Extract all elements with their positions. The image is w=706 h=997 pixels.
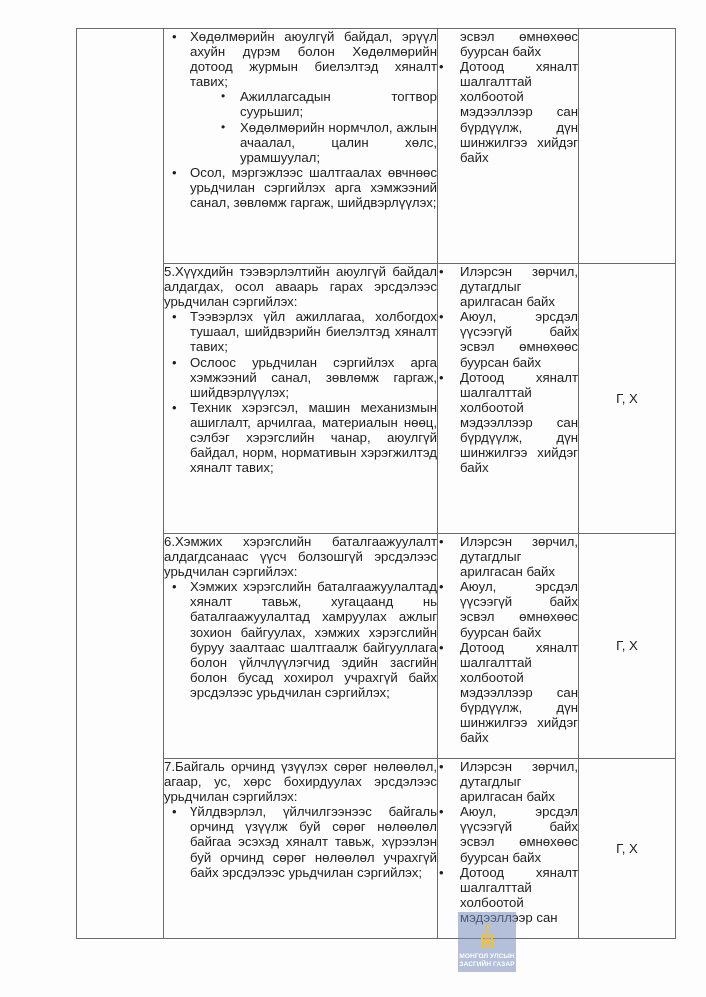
list-item: эсвэл өмнөхөөс буурсан байх	[438, 29, 578, 59]
code-text: Г, Х	[616, 391, 638, 406]
outcome-cell: Илэрсэн зөрчил, дутагдлыг арилгасан байх…	[438, 264, 579, 534]
measures-cell: Хөдөлмөрийн аюулгүй байдал, эрүүл ахуйн …	[164, 29, 438, 264]
table-row: Хөдөлмөрийн аюулгүй байдал, эрүүл ахуйн …	[77, 29, 676, 264]
table-row: 6.Хэмжих хэрэгслийн баталгаажуулалт алда…	[77, 534, 676, 759]
list-item: Техник хэрэгсэл, машин механизмын ашигла…	[164, 400, 437, 475]
risk-table: Хөдөлмөрийн аюулгүй байдал, эрүүл ахуйн …	[76, 28, 676, 939]
table-row: 5.Хүүхдийн тээвэрлэлтийн аюулгүй байдал …	[77, 264, 676, 534]
list-item: Аюул, эрсдэл үүсээгүй байх эсвэл өмнөхөө…	[438, 579, 578, 639]
sub-text: Ажиллагсадын тогтвор суурьшил;	[240, 89, 437, 119]
watermark-line-2: ЗАСГИЙН ГАЗАР	[459, 961, 514, 969]
measure-text: Ослоос урьдчилан сэргийлэх арга хэмжээни…	[190, 355, 437, 400]
measures-list: Хөдөлмөрийн аюулгүй байдал, эрүүл ахуйн …	[164, 29, 437, 210]
outcome-cell: эсвэл өмнөхөөс буурсан байх Дотоод хянал…	[438, 29, 579, 264]
watermark-line-1: МОНГОЛ УЛСЫН	[459, 953, 514, 961]
sub-list-item: Хөдөлмөрийн нормчлол, ажлын ачаалал, цал…	[218, 120, 437, 165]
measures-list: Тээвэрлэх үйл ажиллагаа, холбогдох тушаа…	[164, 309, 437, 475]
list-item: Илэрсэн зөрчил, дутагдлыг арилгасан байх	[438, 759, 578, 804]
table-row: 7.Байгаль орчинд үзүүлэх сөрөг нөлөөлөл,…	[77, 759, 676, 939]
outcome-text: Илэрсэн зөрчил, дутагдлыг арилгасан байх	[460, 534, 578, 579]
list-item: Ослоос урьдчилан сэргийлэх арга хэмжээни…	[164, 355, 437, 400]
list-item: Тээвэрлэх үйл ажиллагаа, холбогдох тушаа…	[164, 309, 437, 354]
list-item: Осол, мэргэжлээс шалтгаалах өвчнөөс урьд…	[164, 165, 437, 210]
outcome-text: эсвэл өмнөхөөс буурсан байх	[460, 29, 578, 59]
outcome-text: Дотоод хяналт шалгалттай холбоотой мэдээ…	[460, 640, 578, 746]
list-item: Дотоод хяналт шалгалттай холбоотой мэдээ…	[438, 640, 578, 746]
outcome-list: Илэрсэн зөрчил, дутагдлыг арилгасан байх…	[438, 759, 578, 925]
list-item: Дотоод хяналт шалгалттай холбоотой мэдээ…	[438, 370, 578, 476]
government-watermark-logo: МОНГОЛ УЛСЫН ЗАСГИЙН ГАЗАР	[458, 912, 516, 972]
list-item: Илэрсэн зөрчил, дутагдлыг арилгасан байх	[438, 264, 578, 309]
outcome-list: Илэрсэн зөрчил, дутагдлыг арилгасан байх…	[438, 264, 578, 475]
outcome-text: Илэрсэн зөрчил, дутагдлыг арилгасан байх	[460, 264, 578, 309]
sub-list: Ажиллагсадын тогтвор суурьшил; Хөдөлмөри…	[190, 89, 437, 164]
measures-list: Хэмжих хэрэгслийн баталгаажуулалтад хяна…	[164, 579, 437, 700]
list-item: Дотоод хяналт шалгалттай холбоотой мэдээ…	[438, 59, 578, 165]
list-item: Аюул, эрсдэл үүсээгүй байх эсвэл өмнөхөө…	[438, 309, 578, 369]
measure-text: Техник хэрэгсэл, машин механизмын ашигла…	[190, 400, 437, 475]
section-heading: 5.Хүүхдийн тээвэрлэлтийн аюулгүй байдал …	[164, 264, 437, 309]
list-item: Хэмжих хэрэгслийн баталгаажуулалтад хяна…	[164, 579, 437, 700]
outcome-text: Дотоод хяналт шалгалттай холбоотой мэдээ…	[460, 59, 578, 165]
list-item: Аюул, эрсдэл үүсээгүй байх эсвэл өмнөхөө…	[438, 804, 578, 864]
measure-text: Үйлдвэрлэл, үйлчилгээнээс байгаль орчинд…	[190, 804, 437, 879]
outcome-text: Илэрсэн зөрчил, дутагдлыг арилгасан байх	[460, 759, 578, 804]
outcome-cell: Илэрсэн зөрчил, дутагдлыг арилгасан байх…	[438, 534, 579, 759]
section-heading: 6.Хэмжих хэрэгслийн баталгаажуулалт алда…	[164, 534, 437, 579]
measure-text: Хэмжих хэрэгслийн баталгаажуулалтад хяна…	[190, 579, 437, 700]
outcome-text: Аюул, эрсдэл үүсээгүй байх эсвэл өмнөхөө…	[460, 804, 578, 864]
soyombo-emblem-icon	[478, 923, 496, 949]
sub-text: Хөдөлмөрийн нормчлол, ажлын ачаалал, цал…	[240, 120, 437, 165]
list-item: Илэрсэн зөрчил, дутагдлыг арилгасан байх	[438, 534, 578, 579]
measures-list: Үйлдвэрлэл, үйлчилгээнээс байгаль орчинд…	[164, 804, 437, 879]
measures-cell: 7.Байгаль орчинд үзүүлэх сөрөг нөлөөлөл,…	[164, 759, 438, 939]
measures-cell: 5.Хүүхдийн тээвэрлэлтийн аюулгүй байдал …	[164, 264, 438, 534]
outcome-list: эсвэл өмнөхөөс буурсан байх Дотоод хянал…	[438, 29, 578, 165]
code-cell	[579, 29, 676, 264]
code-text: Г, Х	[616, 638, 638, 653]
document-page: Хөдөлмөрийн аюулгүй байдал, эрүүл ахуйн …	[0, 0, 706, 997]
measure-text: Тээвэрлэх үйл ажиллагаа, холбогдох тушаа…	[190, 309, 437, 354]
code-cell: Г, Х	[579, 759, 676, 939]
sub-list-item: Ажиллагсадын тогтвор суурьшил;	[218, 89, 437, 119]
outcome-list: Илэрсэн зөрчил, дутагдлыг арилгасан байх…	[438, 534, 578, 745]
code-text: Г, Х	[616, 841, 638, 856]
outcome-text: Аюул, эрсдэл үүсээгүй байх эсвэл өмнөхөө…	[460, 309, 578, 369]
code-cell: Г, Х	[579, 264, 676, 534]
list-item: Үйлдвэрлэл, үйлчилгээнээс байгаль орчинд…	[164, 804, 437, 879]
measure-text: Хөдөлмөрийн аюулгүй байдал, эрүүл ахуйн …	[190, 29, 437, 89]
outcome-text: Дотоод хяналт шалгалттай холбоотой мэдээ…	[460, 370, 578, 476]
outcome-text: Аюул, эрсдэл үүсээгүй байх эсвэл өмнөхөө…	[460, 579, 578, 639]
first-column-cell	[77, 29, 164, 939]
code-cell: Г, Х	[579, 534, 676, 759]
section-heading: 7.Байгаль орчинд үзүүлэх сөрөг нөлөөлөл,…	[164, 759, 437, 804]
list-item: Хөдөлмөрийн аюулгүй байдал, эрүүл ахуйн …	[164, 29, 437, 165]
measures-cell: 6.Хэмжих хэрэгслийн баталгаажуулалт алда…	[164, 534, 438, 759]
measure-text: Осол, мэргэжлээс шалтгаалах өвчнөөс урьд…	[190, 165, 437, 210]
